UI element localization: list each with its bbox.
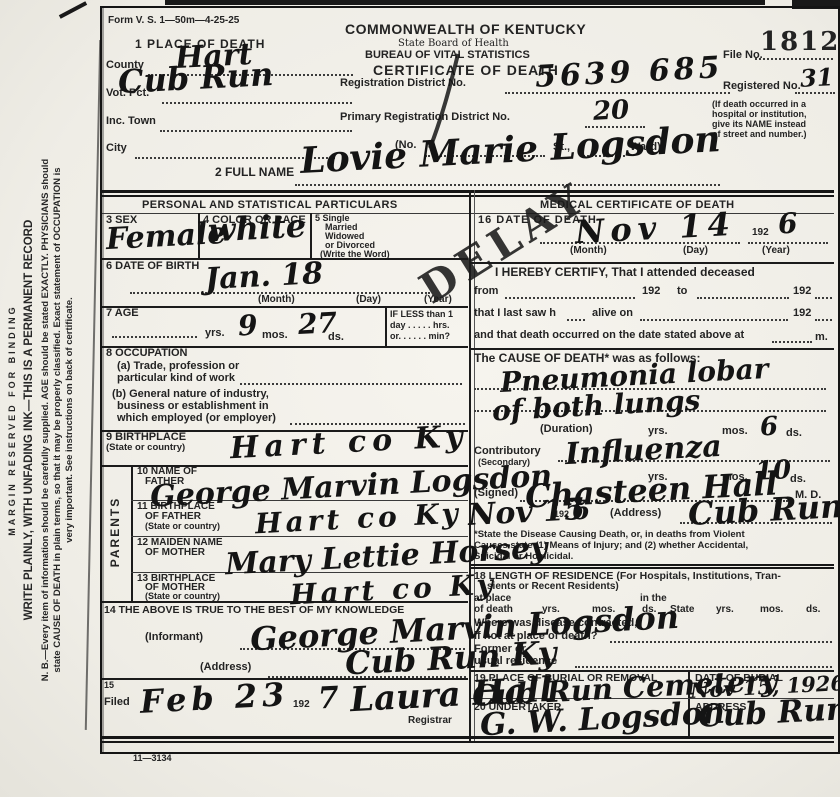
contributory-label: Contributory xyxy=(474,446,541,458)
signed-date-value: Nov 15 xyxy=(467,495,585,531)
dob-month-label: (Month) xyxy=(258,295,295,306)
undertaker-address-value: Cub Run xyxy=(697,694,840,733)
if-less-line3: or. . . . . . min? xyxy=(390,332,450,341)
rule xyxy=(471,262,834,264)
primary-district-value: 20 xyxy=(592,97,629,125)
dotted-leader xyxy=(748,242,828,244)
hospital-note-line1: (If death occurred in a xyxy=(712,99,806,109)
contributory-duration-ds: ds. xyxy=(790,474,806,486)
dotted-leader xyxy=(112,336,197,338)
date-of-death-value: Nov 14 xyxy=(574,208,736,248)
hospital-note-line4: of street and number.) xyxy=(712,129,807,139)
age-label: 7 AGE xyxy=(106,308,139,320)
dotted-leader xyxy=(567,319,585,321)
dod-day-label: (Day) xyxy=(683,246,708,257)
rule xyxy=(102,306,468,308)
scan-artifact-corner xyxy=(59,1,87,19)
signed-address-value: Cub Run xyxy=(687,490,840,530)
filed-year-digit: 7 xyxy=(317,683,339,714)
occupation-b-line1: (b) General nature of industry, xyxy=(112,389,269,401)
parents-side-label: PARENTS xyxy=(108,489,122,575)
filed-year-prefix: 192 xyxy=(293,700,310,711)
title-commonwealth: COMMONWEALTH OF KENTUCKY xyxy=(345,22,586,37)
occupation-b-line2: business or establishment in xyxy=(117,401,269,413)
filed-date-value: Feb 23 xyxy=(139,678,290,718)
occupation-label: 8 OCCUPATION xyxy=(106,348,188,360)
cause-duration-label: (Duration) xyxy=(540,424,593,436)
section-divider-bar xyxy=(102,190,834,197)
dotted-leader xyxy=(815,297,832,299)
father-birthplace-sublabel: (State or country) xyxy=(145,522,220,531)
residence-yrs-2: yrs. xyxy=(716,605,734,616)
if-less-line2: day . . . . . hrs. xyxy=(390,321,450,330)
margin-nb-line3: very important. See instructions on back… xyxy=(64,70,76,770)
occupation-a-line2: particular kind of work xyxy=(117,373,235,385)
dotted-leader xyxy=(162,102,352,104)
certify-m-label: m. xyxy=(815,332,828,344)
full-name-label: 2 FULL NAME xyxy=(215,166,294,179)
dotted-leader xyxy=(160,130,352,132)
age-months-value: 9 xyxy=(237,312,258,341)
residence-ds-2: ds. xyxy=(806,605,820,616)
margin-write-plainly-text: WRITE PLAINLY, WITH UNFADING INK—THIS IS… xyxy=(23,70,35,770)
residence-mos-2: mos. xyxy=(760,605,783,616)
certify-statement: I HEREBY CERTIFY, That I attended deceas… xyxy=(495,266,755,279)
city-label: City xyxy=(106,143,127,155)
signed-year-digit: 6 xyxy=(571,498,590,525)
if-less-line1: IF LESS than 1 xyxy=(390,310,453,319)
margin-binding-text: MARGIN RESERVED FOR BINDING xyxy=(7,70,17,770)
form-number: Form V. S. 1—50m—4-25-25 xyxy=(108,16,239,27)
date-of-birth-value: Jan. 18 xyxy=(204,259,324,295)
dotted-leader xyxy=(295,184,720,186)
dotted-leader xyxy=(755,58,833,60)
bottom-bar xyxy=(102,736,834,743)
certify-alive-on: alive on xyxy=(592,308,633,320)
certify-192-c: 192 xyxy=(793,308,811,320)
dotted-leader xyxy=(815,319,832,321)
dod-year-label: (Year) xyxy=(762,246,790,257)
contributory-value: Influenza xyxy=(564,432,722,470)
dotted-leader xyxy=(697,297,789,299)
cause-duration-days-value: 6 xyxy=(759,414,778,441)
cell-divider xyxy=(310,213,312,258)
certify-192-b: 192 xyxy=(793,286,811,298)
age-yrs-label: yrs. xyxy=(205,328,225,340)
stray-pen-mark xyxy=(420,52,470,152)
mother-maiden-label-line2: OF MOTHER xyxy=(145,548,205,559)
registered-no-value: 31 xyxy=(799,65,834,91)
informant-label: (Informant) xyxy=(145,632,203,644)
death-certificate-scan: MARGIN RESERVED FOR BINDING WRITE PLAINL… xyxy=(0,0,840,797)
title-state-board: State Board of Health xyxy=(398,39,509,50)
rule xyxy=(471,348,834,350)
file-no-value: 18123 xyxy=(760,29,840,56)
margin-nb-line2: state CAUSE OF DEATH in plain terms, so … xyxy=(52,70,64,770)
color-race-value: white xyxy=(207,209,307,246)
vot-pct-value: Cub Run xyxy=(117,58,274,98)
occupation-a-line1: (a) Trade, profession or xyxy=(117,361,239,373)
birthplace-sublabel: (State or country) xyxy=(106,443,185,453)
date-of-birth-label: 6 DATE OF BIRTH xyxy=(106,261,199,273)
cause-duration-ds: ds. xyxy=(786,428,802,440)
cause-duration-mos: mos. xyxy=(722,426,748,438)
dotted-leader xyxy=(610,641,832,643)
dod-year-prefix: 192 xyxy=(752,228,769,239)
print-code: 11—3134 xyxy=(133,754,172,763)
filing-item-number: 15 xyxy=(104,681,114,690)
age-mos-label: mos. xyxy=(262,330,288,342)
scan-artifact-top xyxy=(165,0,765,5)
dod-year-digit: 6 xyxy=(777,210,798,239)
parents-divider xyxy=(131,465,133,601)
dotted-leader xyxy=(640,319,788,321)
certify-192-a: 192 xyxy=(642,286,660,298)
dob-day-label: (Day) xyxy=(356,295,381,306)
registered-no-label: Registered No. xyxy=(723,81,801,93)
binding-margin-notes: MARGIN RESERVED FOR BINDING WRITE PLAINL… xyxy=(7,70,93,770)
age-days-value: 27 xyxy=(297,309,337,339)
dotted-leader xyxy=(240,383,462,385)
certify-occurred: and that death occurred on the date stat… xyxy=(474,330,744,342)
hospital-note-line2: hospital or institution, xyxy=(712,109,807,119)
occupation-b-line3: which employed (or employer) xyxy=(117,413,276,425)
dotted-leader xyxy=(772,341,812,343)
filed-label: Filed xyxy=(104,697,130,709)
informant-address-label: (Address) xyxy=(200,662,251,674)
hospital-note-line3: give its NAME instead xyxy=(712,119,806,129)
cell-divider xyxy=(385,306,387,346)
residence-heading-line2: sients or Recent Residents) xyxy=(487,582,619,593)
certify-last-saw: that I last saw h xyxy=(474,308,556,320)
margin-nb-line1: N. B.—Every item of information should b… xyxy=(40,70,52,770)
dotted-leader xyxy=(505,297,635,299)
inc-town-label: Inc. Town xyxy=(106,116,156,128)
certify-to-label: to xyxy=(677,286,687,298)
registrar-label: Registrar xyxy=(408,716,452,727)
